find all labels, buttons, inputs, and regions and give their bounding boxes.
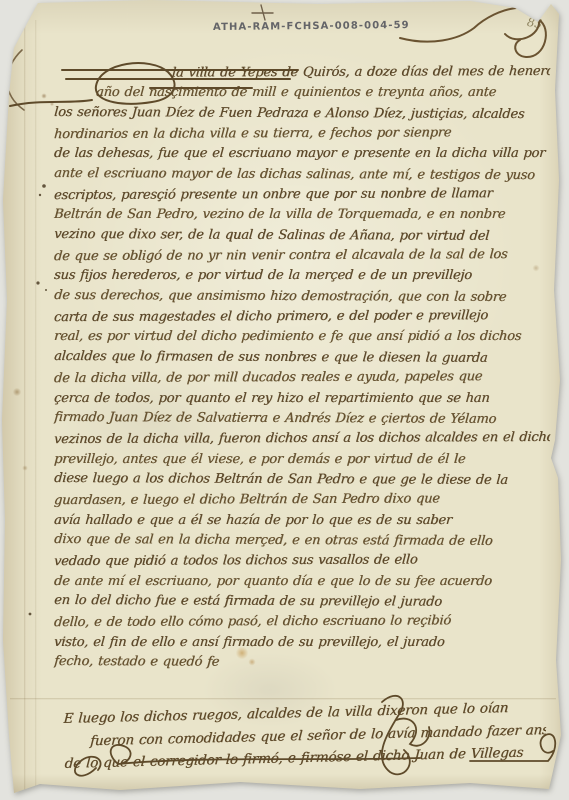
- manuscript-line: alcaldes que lo firmasen de sus nonbres …: [53, 347, 550, 370]
- manuscript-line: avía hallado e que a él se hazía de por …: [53, 511, 550, 531]
- manuscript-line: escriptos, paresçió presente un onbre qu…: [53, 184, 550, 207]
- archive-reference-stamp: ATHA-RAM-FCHSA-008-004-59: [213, 20, 413, 33]
- manuscript-line: real, es por virtud del dicho pedimiento…: [53, 327, 550, 347]
- manuscript-line: firmado Juan Díez de Salvatierra e André…: [53, 408, 550, 431]
- manuscript-line: vedado que pidió a todos los dichos sus …: [53, 550, 550, 573]
- manuscript-page: ATHA-RAM-FCHSA-008-004-59 83 la villa de…: [0, 0, 569, 800]
- manuscript-line: fecho, testado e quedó fe: [53, 652, 550, 675]
- manuscript-line: de las dehesas, fue que el escriuano may…: [53, 144, 550, 164]
- photo-backdrop: { "colors": { "backdrop": "#e3e3de", "pa…: [0, 0, 569, 800]
- margin-marks-icon: [29, 184, 47, 615]
- manuscript-line: vezinos de la dicha villa, fueron dichos…: [53, 428, 550, 451]
- manuscript-line: carta de sus magestades el dicho primero…: [53, 306, 550, 329]
- manuscript-line: previllejo, antes que él viese, e por de…: [53, 450, 550, 470]
- manuscript-line: dello, e de todo ello cómo pasó, el dich…: [53, 611, 550, 634]
- manuscript-line: hordinarios en la dicha villa e su tierr…: [53, 123, 550, 146]
- manuscript-line: de que se obligó de no yr nin venir cont…: [53, 245, 550, 268]
- manuscript-postscript-block: E luego los dichos ruegos, alcaldes de l…: [63, 696, 547, 775]
- manuscript-line: Beltrán de San Pedro, vezino de la villa…: [53, 205, 550, 225]
- left-margin-curve-icon: [7, 50, 24, 110]
- manuscript-line: guardasen, e luego el dicho Beltrán de S…: [53, 489, 550, 512]
- top-right-flourish-icon: [400, 8, 546, 57]
- manuscript-page-wrap: ATHA-RAM-FCHSA-008-004-59 83 la villa de…: [0, 0, 569, 800]
- manuscript-line: sus fijos herederos, e por virtud de la …: [53, 266, 550, 286]
- manuscript-line: çerca de todos, por quanto el rey hizo e…: [53, 389, 550, 409]
- manuscript-line: vezino que dixo ser, de la qual de Salin…: [53, 225, 550, 248]
- cross-mark-icon: [252, 5, 273, 20]
- manuscript-line: en lo del dicho fue e está firmada de su…: [53, 591, 550, 614]
- manuscript-line: año del nasçimiento de mill e quinientos…: [53, 83, 550, 103]
- folio-number: 83: [526, 15, 543, 31]
- manuscript-line: de ante mí el escriuano, por quanto día …: [53, 572, 550, 592]
- manuscript-line: los señores Juan Díez de Fuen Pedraza e …: [53, 103, 550, 126]
- manuscript-line: diese luego a los dichos Beltrán de San …: [53, 469, 550, 492]
- manuscript-line: ante el escriuano mayor de las dichas sa…: [53, 164, 550, 187]
- manuscript-line: de la dicha villa, de por mill ducados r…: [53, 367, 550, 390]
- manuscript-line: visto, el fin de ello e ansí firmado de …: [53, 633, 550, 653]
- manuscript-text-block: la villa de Yepes de Quirós, a doze días…: [54, 63, 550, 673]
- manuscript-line: dixo que de sal en la dicha merçed, e en…: [53, 530, 550, 553]
- manuscript-line: de sus derechos, que ansimismo hizo demo…: [53, 286, 550, 309]
- manuscript-line: la villa de Yepes de Quirós, a doze días…: [53, 62, 550, 85]
- photograph-stage: ATHA-RAM-FCHSA-008-004-59 83 la villa de…: [0, 0, 569, 800]
